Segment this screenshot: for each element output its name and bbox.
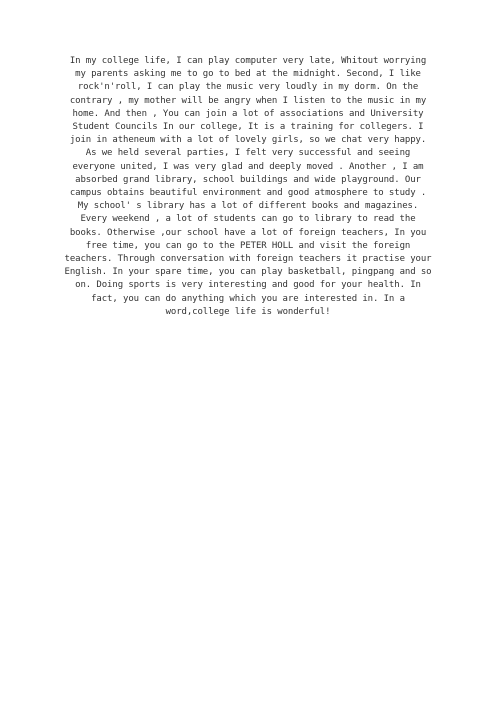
text-line: My school' s library has a lot of differ… [0,200,496,213]
text-line: teachers. Through conversation with fore… [0,253,496,266]
text-line: fact, you can do anything which you are … [0,293,496,306]
text-line: books. Otherwise ,our school have a lot … [0,227,496,240]
text-line: home. And then , You can join a lot of a… [0,108,496,121]
text-line: Student Councils In our college, It is a… [0,121,496,134]
text-line: Every weekend , a lot of students can go… [0,213,496,226]
text-line: on. Doing sports is very interesting and… [0,279,496,292]
text-line: absorbed grand library, school buildings… [0,174,496,187]
text-line: rock'n'roll, I can play the music very l… [0,81,496,94]
text-line: campus obtains beautiful environment and… [0,187,496,200]
essay-text-block: In my college life, I can play computer … [0,55,496,319]
text-line: everyone united, I was very glad and dee… [0,161,496,174]
text-line: free time, you can go to the PETER HOLL … [0,240,496,253]
text-line: In my college life, I can play computer … [0,55,496,68]
text-line: English. In your spare time, you can pla… [0,266,496,279]
text-line: As we held several parties, I felt very … [0,147,496,160]
text-line: word,college life is wonderful! [0,306,496,319]
text-line: join in atheneum with a lot of lovely gi… [0,134,496,147]
text-line: my parents asking me to go to bed at the… [0,68,496,81]
document-page: In my college life, I can play computer … [0,0,496,702]
text-line: contrary , my mother will be angry when … [0,95,496,108]
